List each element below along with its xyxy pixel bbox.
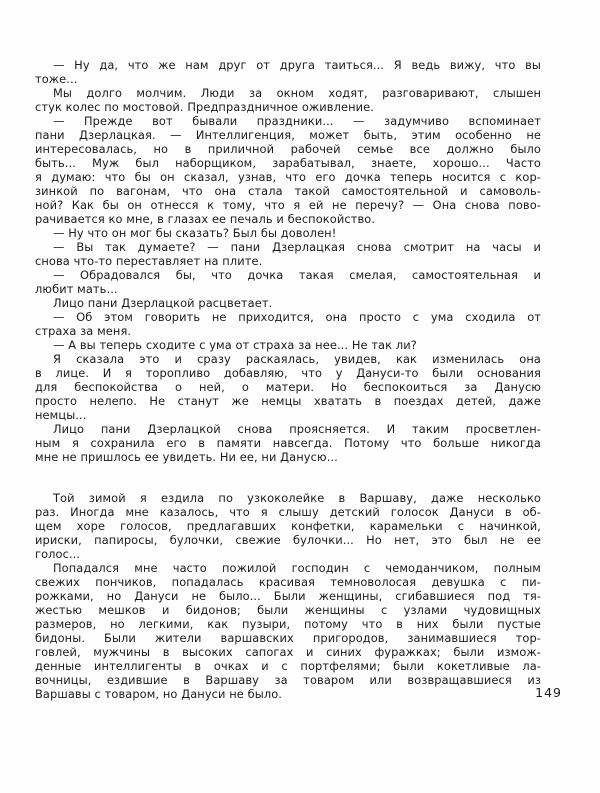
text-line: страха за меня.: [35, 324, 541, 338]
text-line: ириски, папиросы, булочки, свежие булочк…: [35, 533, 541, 547]
text-line: свежих пончиков, попадалась красивая тем…: [35, 575, 541, 589]
text-line: вочницы, ездившие в Варшаву за товаром и…: [35, 673, 541, 687]
text-line: мне не пришлось ее увидеть. Ни ее, ни Да…: [35, 450, 541, 464]
page-number: 149: [535, 685, 562, 700]
text-line: — Обрадовался бы, что дочка такая смелая…: [35, 268, 541, 282]
text-line: — Об этом говорить не приходится, она пр…: [35, 310, 541, 324]
text-line: тоже...: [35, 72, 541, 86]
text-line: немцы...: [35, 408, 541, 422]
text-line: щем хоре голосов, предлагавших конфетки,…: [35, 519, 541, 533]
text-line: рожками, но Дануси не было... Были женщи…: [35, 589, 541, 603]
text-line: Попадался мне часто пожилой господин с ч…: [35, 561, 541, 575]
text-line: жестью мешков и бидонов; были женщины с …: [35, 603, 541, 617]
text-line: — Ну что он мог бы сказать? Был бы довол…: [35, 226, 541, 240]
text-block: — Ну да, что же нам друг от друга таитьс…: [35, 58, 541, 701]
text-line: — А вы теперь сходите с ума от страха за…: [35, 338, 541, 352]
text-line: — Прежде вот бывали праздники... — задум…: [35, 114, 541, 128]
text-line: Лицо пани Дзерлацкой расцветает.: [35, 296, 541, 310]
text-line: я думаю: что бы он сказал, узнав, что ег…: [35, 170, 541, 184]
text-line: в лице. И я торопливо добавляю, что у Да…: [35, 366, 541, 380]
text-line: Лицо пани Дзерлацкой снова проясняется. …: [35, 422, 541, 436]
text-line: для беспокойства о ней, о матери. Но бес…: [35, 380, 541, 394]
text-line: Мы долго молчим. Люди за окном ходят, ра…: [35, 86, 541, 100]
text-line: денные интеллигенты в очках и с портфеля…: [35, 659, 541, 673]
text-line: Той зимой я ездила по узкоколейке в Варш…: [35, 491, 541, 505]
text-line: просто нелепо. Не станут же немцы хватат…: [35, 394, 541, 408]
text-line: рачивается ко мне, в глазах ее печаль и …: [35, 212, 541, 226]
text-line: ным я сохранила его в памяти навсегда. П…: [35, 436, 541, 450]
text-line: — Вы так думаете? — пани Дзерлацкая снов…: [35, 240, 541, 254]
text-line: говлей, мужчины в высоких сапогах и сини…: [35, 645, 541, 659]
text-line: стук колес по мостовой. Предпраздничное …: [35, 100, 541, 114]
text-line: зинкой по вагонам, что она стала такой с…: [35, 184, 541, 198]
book-page: — Ну да, что же нам друг от друга таитьс…: [0, 0, 600, 793]
text-line: интересовалась, но в приличной рабочей с…: [35, 142, 541, 156]
text-line: бидоны. Были жители варшавских пригородо…: [35, 631, 541, 645]
text-line: раз. Иногда мне казалось, что я слышу де…: [35, 505, 541, 519]
text-line: Варшавы с товаром, но Дануси не было.: [35, 687, 541, 701]
text-line: пани Дзерлацкая. — Интеллигенция, может …: [35, 128, 541, 142]
text-line: быть... Муж был наборщиком, зарабатывал,…: [35, 156, 541, 170]
text-line: ной? Как бы он отнесся к тому, что я ей …: [35, 198, 541, 212]
text-line: голос...: [35, 547, 541, 561]
text-line: — Ну да, что же нам друг от друга таитьс…: [35, 58, 541, 72]
text-line: размеров, но легкими, как пузыри, потому…: [35, 617, 541, 631]
text-line: снова что-то переставляет на плите.: [35, 254, 541, 268]
text-line: любит мать...: [35, 282, 541, 296]
text-line: Я сказала это и сразу раскаялась, увидев…: [35, 352, 541, 366]
